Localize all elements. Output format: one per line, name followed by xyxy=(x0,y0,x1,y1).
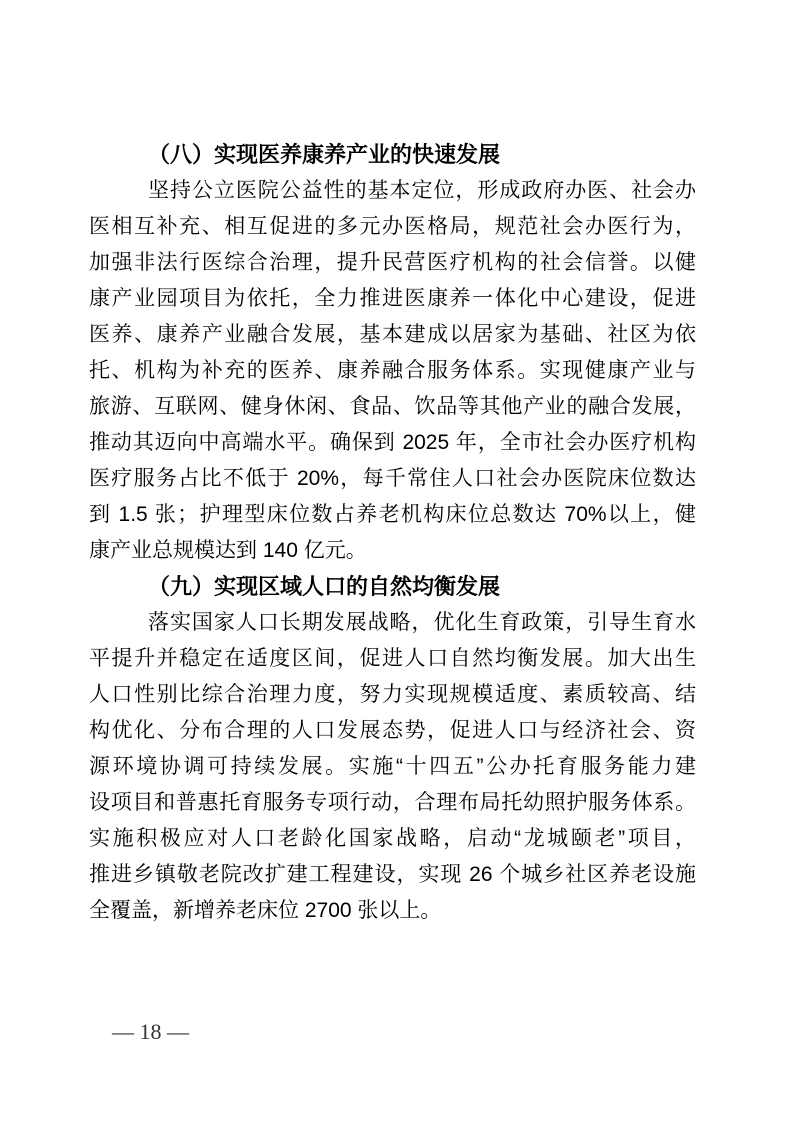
paragraph-line: 坚持公立医院公益性的基本定位，形成政府办医、社会办 xyxy=(89,173,696,209)
paragraph-line: 全覆盖，新增养老床位 2700 张以上。 xyxy=(89,893,696,929)
section-9: （九）实现区域人口的自然均衡发展 落实国家人口长期发展战略，优化生育政策，引导生… xyxy=(89,569,696,929)
paragraph-line: 康产业园项目为依托，全力推进医康养一体化中心建设，促进 xyxy=(89,281,696,317)
paragraph-line: 源环境协调可持续发展。实施“十四五”公办托育服务能力建 xyxy=(89,749,696,785)
paragraph-line: 医相互补充、相互促进的多元办医格局，规范社会办医行为， xyxy=(89,209,696,245)
paragraph-line: 实施积极应对人口老龄化国家战略，启动“龙城颐老”项目， xyxy=(89,821,696,857)
paragraph-line: 设项目和普惠托育服务专项行动，合理布局托幼照护服务体系。 xyxy=(89,785,696,821)
paragraph-line: 人口性别比综合治理力度，努力实现规模适度、素质较高、结 xyxy=(89,677,696,713)
paragraph-line: 推进乡镇敬老院改扩建工程建设，实现 26 个城乡社区养老设施 xyxy=(89,857,696,893)
paragraph-line: 构优化、分布合理的人口发展态势，促进人口与经济社会、资 xyxy=(89,713,696,749)
page-number: — 18 — xyxy=(112,1017,189,1047)
paragraph-line: 推动其迈向中高端水平。确保到 2025 年，全市社会办医疗机构 xyxy=(89,425,696,461)
section-8: （八）实现医养康养产业的快速发展 坚持公立医院公益性的基本定位，形成政府办医、社… xyxy=(89,137,696,569)
paragraph-line: 医养、康养产业融合发展，基本建成以居家为基础、社区为依 xyxy=(89,317,696,353)
paragraph-line: 加强非法行医综合治理，提升民营医疗机构的社会信誉。以健 xyxy=(89,245,696,281)
paragraph-line: 到 1.5 张；护理型床位数占养老机构床位总数达 70%以上，健 xyxy=(89,497,696,533)
paragraph-line: 医疗服务占比不低于 20%，每千常住人口社会办医院床位数达 xyxy=(89,461,696,497)
paragraph-line: 平提升并稳定在适度区间，促进人口自然均衡发展。加大出生 xyxy=(89,641,696,677)
paragraph-line: 托、机构为补充的医养、康养融合服务体系。实现健康产业与 xyxy=(89,353,696,389)
paragraph-line: 旅游、互联网、健身休闲、食品、饮品等其他产业的融合发展， xyxy=(89,389,696,425)
paragraph-line: 落实国家人口长期发展战略，优化生育政策，引导生育水 xyxy=(89,605,696,641)
document-content: （八）实现医养康养产业的快速发展 坚持公立医院公益性的基本定位，形成政府办医、社… xyxy=(89,137,696,929)
document-page: （八）实现医养康养产业的快速发展 坚持公立医院公益性的基本定位，形成政府办医、社… xyxy=(0,0,793,1122)
paragraph-line: 康产业总规模达到 140 亿元。 xyxy=(89,533,696,569)
section-9-heading: （九）实现区域人口的自然均衡发展 xyxy=(89,569,696,605)
section-8-heading: （八）实现医养康养产业的快速发展 xyxy=(89,137,696,173)
